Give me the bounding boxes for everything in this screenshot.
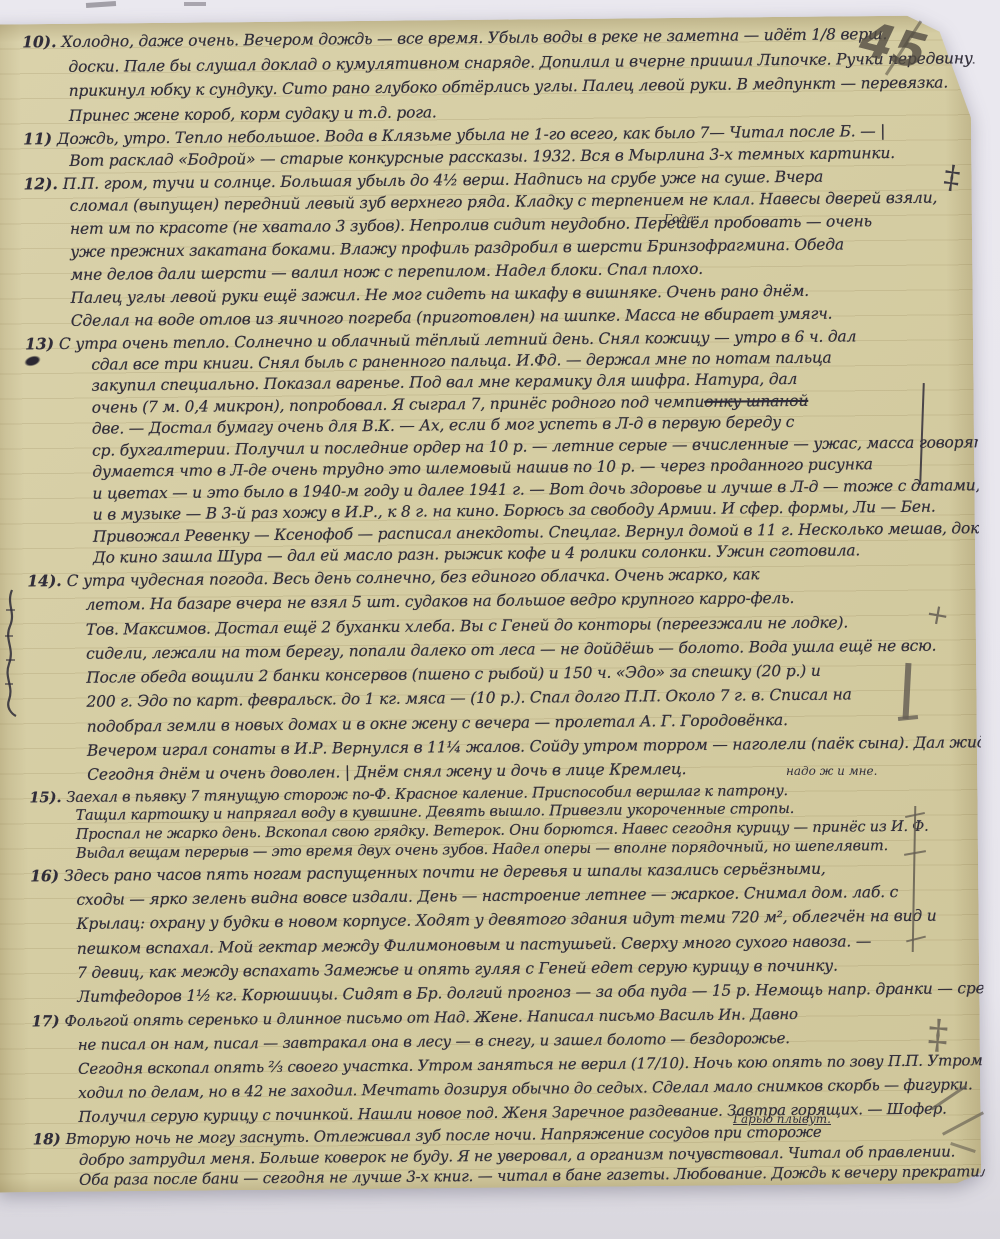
interlinear-insertion: Гарью плывут.	[733, 1112, 831, 1126]
manuscript-text: 10).Холодно, даже очень. Вечером дождь —…	[22, 15, 985, 1192]
entry-number: 18)	[33, 1130, 61, 1148]
diary-entry: 17)Фольгой опять серенько и длинное пись…	[31, 1000, 984, 1129]
diary-entry: 14).С утра чудесная погода. Весь день со…	[27, 560, 981, 788]
diary-entry: 15).Заехал в пьявку 7 тянущую сторож по-…	[29, 779, 982, 864]
entry-number: 10).	[22, 32, 56, 51]
diary-entry: 10).Холодно, даже очень. Вечером дождь —…	[22, 21, 975, 128]
diary-entry: 16)Здесь рано часов пять ногам распущенн…	[30, 855, 983, 1009]
interlinear-insertion: Года	[664, 212, 694, 226]
diary-entry: 12).П.П. гром, тучи и солнце. Большая уб…	[23, 163, 977, 333]
entry-number: 12).	[23, 174, 57, 193]
diary-entry: 13)С утра очень тепло. Солнечно и облачн…	[25, 324, 979, 570]
entry-number: 16)	[30, 866, 59, 885]
entry-number: 13)	[25, 334, 54, 353]
entry-number: 11)	[23, 129, 52, 148]
entry-number: 15).	[29, 789, 61, 806]
scanned-page: { "document": { "kind": "handwritten dia…	[0, 0, 1000, 1239]
interlinear-insertion: надо ж и мне.	[786, 764, 877, 778]
entry-number: 14).	[27, 571, 61, 590]
entry-number: 17)	[31, 1012, 59, 1030]
diary-entry: 18)Вторую ночь не могу заснуть. Отлежива…	[33, 1120, 986, 1191]
